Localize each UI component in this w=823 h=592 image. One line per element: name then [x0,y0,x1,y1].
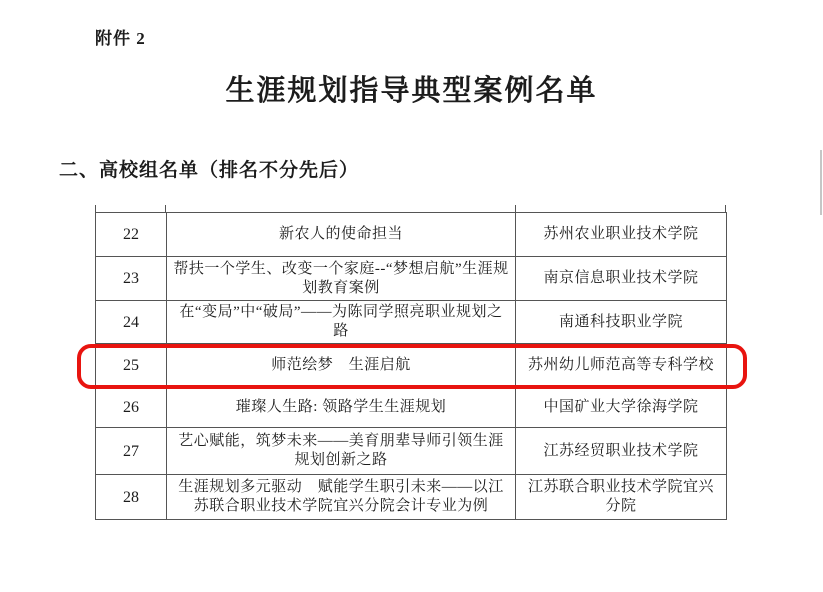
section-heading: 二、高校组名单（排名不分先后） [59,155,359,182]
institution-name: 南通科技职业学院 [516,301,726,343]
case-title: 艺心赋能，筑梦未来——美育朋辈导师引领生涯规划创新之路 [166,428,516,474]
case-number: 22 [96,213,166,256]
case-number: 26 [96,388,166,427]
table-tick [725,205,726,213]
scrollbar-thumb[interactable] [820,150,822,215]
table-tick [95,205,96,213]
case-title: 生涯规划多元驱动 赋能学生职引未来——以江苏联合职业技术学院宜兴分院会计专业为例 [166,475,516,519]
case-number: 23 [96,257,166,300]
institution-name: 中国矿业大学徐海学院 [516,388,726,427]
attachment-label: 附件 2 [95,24,146,49]
institution-name: 苏州幼儿师范高等专科学校 [516,344,726,387]
table-row: 28 生涯规划多元驱动 赋能学生职引未来——以江苏联合职业技术学院宜兴分院会计专… [96,474,726,519]
table-row: 26 璀璨人生路: 领路学生生涯规划 中国矿业大学徐海学院 [96,387,726,427]
institution-name: 江苏经贸职业技术学院 [516,428,726,474]
case-title: 帮扶一个学生、改变一个家庭--“梦想启航”生涯规划教育案例 [166,257,516,300]
case-title: 师范绘梦 生涯启航 [166,344,516,387]
case-number: 24 [96,301,166,343]
case-title: 新农人的使命担当 [166,213,516,256]
page-title: 生涯规划指导典型案例名单 [0,68,823,109]
table-tick [165,205,166,213]
table-rows: 22 新农人的使命担当 苏州农业职业技术学院 23 帮扶一个学生、改变一个家庭-… [96,213,726,519]
case-number: 25 [96,344,166,387]
institution-name: 江苏联合职业技术学院宜兴分院 [516,475,726,519]
document-page: 附件 2 生涯规划指导典型案例名单 二、高校组名单（排名不分先后） 22 新农人… [0,0,823,592]
case-title: 在“变局”中“破局”——为陈同学照亮职业规划之路 [166,301,516,343]
table-row: 22 新农人的使命担当 苏州农业职业技术学院 [96,213,726,256]
institution-name: 苏州农业职业技术学院 [516,213,726,256]
institution-name: 南京信息职业技术学院 [516,257,726,300]
table-row: 23 帮扶一个学生、改变一个家庭--“梦想启航”生涯规划教育案例 南京信息职业技… [96,256,726,300]
case-number: 27 [96,428,166,474]
case-title: 璀璨人生路: 领路学生生涯规划 [166,388,516,427]
table-row: 27 艺心赋能，筑梦未来——美育朋辈导师引领生涯规划创新之路 江苏经贸职业技术学… [96,427,726,474]
table-tick [515,205,516,213]
case-number: 28 [96,475,166,519]
table-row: 24 在“变局”中“破局”——为陈同学照亮职业规划之路 南通科技职业学院 [96,300,726,343]
table-row: 25 师范绘梦 生涯启航 苏州幼儿师范高等专科学校 [96,343,726,387]
cases-table: 22 新农人的使命担当 苏州农业职业技术学院 23 帮扶一个学生、改变一个家庭-… [95,212,727,520]
